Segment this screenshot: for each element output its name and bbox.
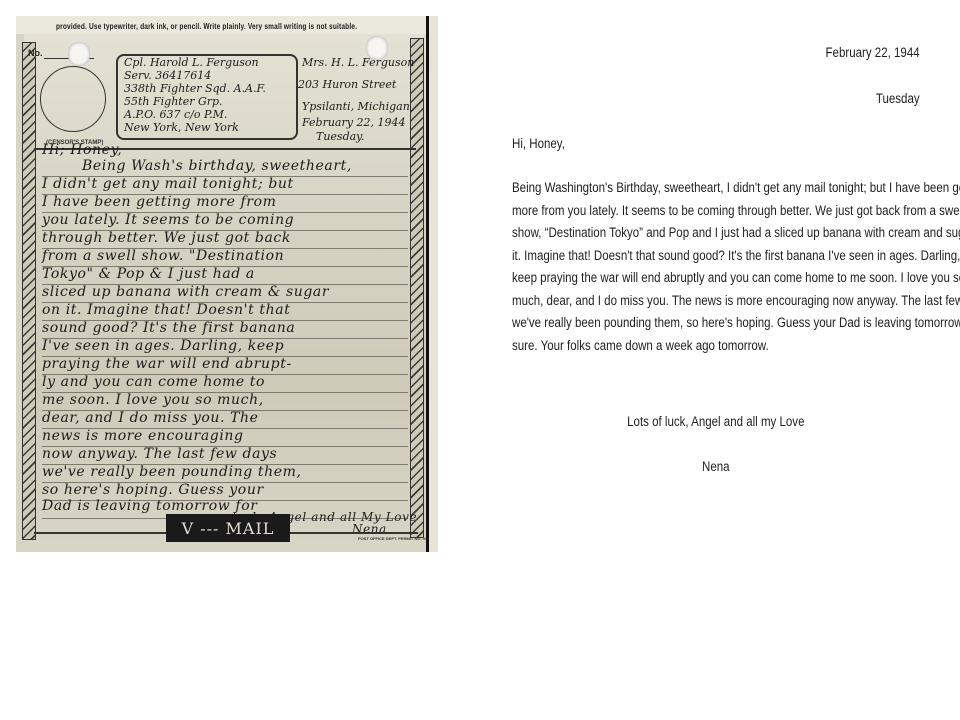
address-line: Cpl. Harold L. Ferguson (124, 56, 259, 69)
handwritten-line: sound good? It's the first banana (42, 320, 295, 336)
body-line: more from you lately. It seems to be com… (512, 200, 920, 223)
handwritten-line: so here's hoping. Guess your (42, 482, 264, 498)
body-line: show, “Destination Tokyo” and Pop and I … (512, 222, 920, 245)
body-line: it. Imagine that! Doesn't that sound goo… (512, 245, 920, 268)
letter-closing: Lots of luck, Angel and all my Love (512, 414, 920, 429)
handwritten-line: I've seen in ages. Darling, keep (42, 338, 284, 354)
handwritten-line: I have been getting more from (42, 194, 277, 210)
handwritten-line: through better. We just got back (42, 230, 291, 246)
handwritten-line: praying the war will end abrupt- (42, 356, 292, 372)
handwritten-line: sliced up banana with cream & sugar (42, 284, 329, 300)
handwritten-line: we've really been pounding them, (42, 464, 302, 480)
vmail-logo: V --- MAIL (166, 514, 290, 542)
handwritten-line: Hi; Honey, (42, 142, 122, 158)
address-line: 55th Fighter Grp. (124, 95, 223, 108)
letter-greeting: Hi, Honey, (512, 136, 565, 151)
letter-body: Being Washington's Birthday, sweetheart,… (512, 177, 920, 357)
number-label: No. (28, 48, 43, 58)
censor-stamp-circle (40, 66, 106, 132)
scan-edge (426, 16, 438, 552)
handwritten-line: me soon. I love you so much, (42, 392, 264, 408)
permit-text: POST OFFICE DEPT. PERMIT NO. 93 (358, 536, 427, 541)
handwritten-line: from a swell show. "Destination (42, 248, 284, 264)
handwritten-line: Being Wash's birthday, sweetheart, (82, 158, 352, 174)
handwritten-line: news is more encouraging (42, 428, 244, 444)
handwritten-line: Dad is leaving tomorrow for (42, 498, 258, 514)
body-line: keep praying the war will end abruptly a… (512, 267, 920, 290)
handwritten-line: dear, and I do miss you. The (42, 410, 259, 426)
letter-signature: Nena (512, 459, 920, 474)
address-line: 338th Fighter Sqd. A.A.F. (124, 82, 266, 95)
handwritten-line: Tokyo" & Pop & I just had a (42, 266, 255, 282)
sender-name: Mrs. H. L. Ferguson (302, 56, 414, 69)
handwritten-line: I didn't get any mail tonight; but (42, 176, 294, 192)
address-line: New York, New York (124, 121, 239, 134)
body-line: we've really been pounding them, so here… (512, 312, 920, 335)
handwritten-line: ly and you can come home to (42, 374, 265, 390)
address-line: A.P.O. 637 c/o P.M. (124, 108, 227, 121)
sender-day: Tuesday. (316, 130, 364, 143)
form-instructions: provided. Use typewriter, dark ink, or p… (56, 22, 357, 31)
handwritten-line: you lately. It seems to be coming (42, 212, 294, 228)
sender-street: 203 Huron Street (298, 78, 396, 91)
sender-city: Ypsilanti, Michigan (302, 100, 410, 113)
vmail-letter-image: provided. Use typewriter, dark ink, or p… (16, 16, 438, 552)
handwritten-line: now anyway. The last few days (42, 446, 277, 462)
body-line: much, dear, and I do miss you. The news … (512, 290, 920, 313)
letter-day: Tuesday (876, 91, 920, 106)
body-line: Being Washington's Birthday, sweetheart,… (512, 177, 920, 200)
address-line: Serv. 36417614 (124, 69, 211, 82)
letter-date: February 22, 1944 (826, 45, 920, 60)
body-line: sure. Your folks came down a week ago to… (512, 335, 920, 358)
punch-hole-left (68, 42, 90, 66)
sender-date: February 22, 1944 (302, 116, 405, 129)
handwritten-line: on it. Imagine that! Doesn't that (42, 302, 290, 318)
